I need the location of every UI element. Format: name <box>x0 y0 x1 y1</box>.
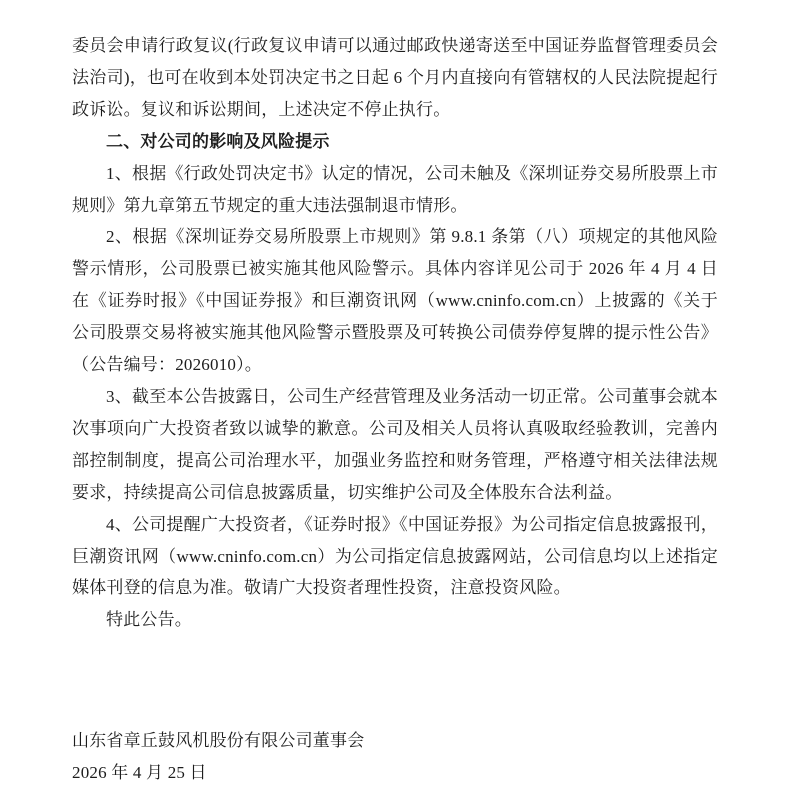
signature-company: 山东省章丘鼓风机股份有限公司董事会 <box>72 725 718 757</box>
section-heading: 二、对公司的影响及风险提示 <box>72 126 718 158</box>
announcement-page: 委员会申请行政复议(行政复议申请可以通过邮政快递寄送至中国证券监督管理委员会法治… <box>0 0 789 785</box>
signature-date: 2026 年 4 月 25 日 <box>72 757 718 785</box>
paragraph-continuation: 委员会申请行政复议(行政复议申请可以通过邮政快递寄送至中国证券监督管理委员会法治… <box>72 30 718 126</box>
numbered-item-3: 3、截至本公告披露日，公司生产经营管理及业务活动一切正常。公司董事会就本次事项向… <box>72 381 718 509</box>
numbered-item-2: 2、根据《深圳证券交易所股票上市规则》第 9.8.1 条第（八）项规定的其他风险… <box>72 221 718 381</box>
closing-statement: 特此公告。 <box>72 604 718 636</box>
signature-block: 山东省章丘鼓风机股份有限公司董事会 2026 年 4 月 25 日 <box>72 725 718 785</box>
numbered-item-4: 4、公司提醒广大投资者，《证券时报》《中国证券报》为公司指定信息披露报刊，巨潮资… <box>72 509 718 605</box>
numbered-item-1: 1、根据《行政处罚决定书》认定的情况，公司未触及《深圳证券交易所股票上市规则》第… <box>72 158 718 222</box>
